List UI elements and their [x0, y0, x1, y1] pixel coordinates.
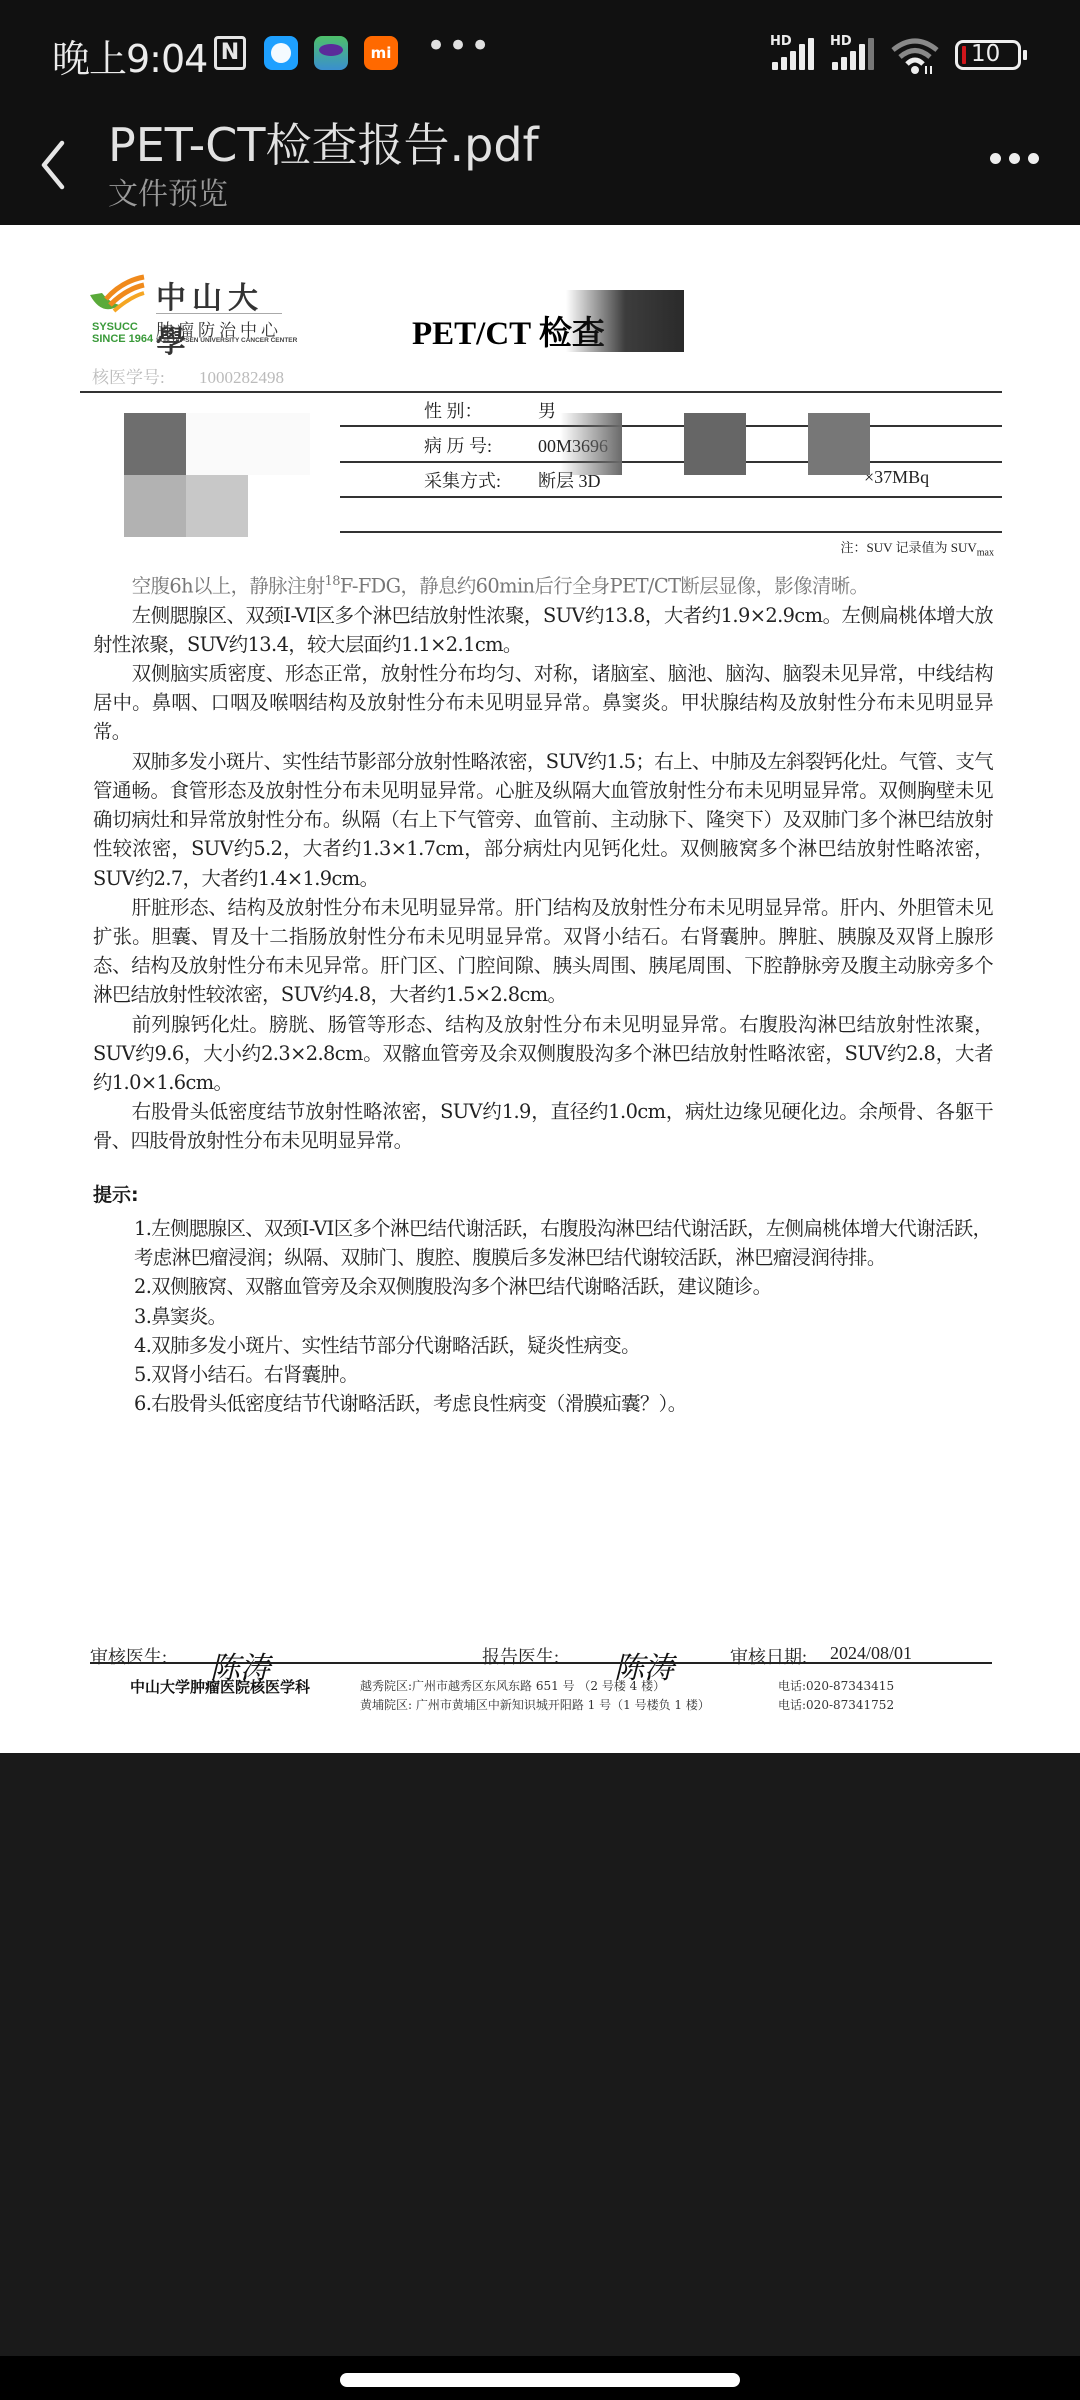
patient-id-row: 核医学号: 1000282498 [92, 363, 284, 388]
finding-paragraph: 空腹6h以上，静脉注射18F-FDG，静息约60min后行全身PET/CT断层显… [93, 567, 993, 601]
tip-item: 6.右股骨头低密度结节代谢略活跃，考虑良性病变（滑膜疝囊？）。 [134, 1389, 996, 1418]
tips-list: 1.左侧腮腺区、双颈I-VI区多个淋巴结代谢活跃，右腹股沟淋巴结代谢活跃，左侧扁… [134, 1214, 996, 1418]
nfc-icon: N [214, 36, 246, 70]
footer-org: 中山大学肿瘤医院核医学科 [130, 1676, 310, 1697]
footer-divider [90, 1662, 992, 1664]
file-title: PET-CT检查报告.pdf [108, 109, 539, 175]
finding-paragraph: 左侧腮腺区、双颈I-VI区多个淋巴结放射性浓聚，SUV约13.8，大者约1.9×… [93, 601, 993, 659]
reporter-label: 报告医生: [482, 1643, 559, 1669]
mosaic-redaction [808, 413, 870, 475]
finding-paragraph: 右股骨头低密度结节放射性略浓密，SUV约1.9，直径约1.0cm，病灶边缘见硬化… [93, 1097, 993, 1155]
reviewer-label: 审核医生: [90, 1643, 167, 1669]
footer-phone-1: 电话:020-87343415 [778, 1677, 894, 1694]
finding-paragraph: 肝脏形态、结构及放射性分布未见明显异常。肝门结构及放射性分布未见明显异常。肝内、… [93, 893, 993, 1010]
field-gender: 性 别：男 [424, 397, 556, 423]
review-date: 2024/08/01 [830, 1643, 912, 1664]
app-bar: PET-CT检查报告.pdf 文件预览 [0, 105, 1080, 225]
more-options-button[interactable] [990, 153, 1040, 167]
more-notifications-icon: ••• [426, 26, 492, 66]
finding-paragraph: 双侧脑实质密度、形态正常，放射性分布均匀、对称，诸脑室、脑池、脑沟、脑裂未见异常… [93, 659, 993, 747]
back-button[interactable] [36, 135, 76, 195]
battery-level: 10 [971, 41, 1000, 67]
divider [340, 531, 1002, 533]
suv-note: 注：SUV 记录值为 SUVmax [841, 537, 995, 559]
footer-phone-2: 电话:020-87341752 [778, 1696, 894, 1713]
tips-heading: 提示: [93, 1180, 139, 1207]
dose-value: ×37MBq [864, 467, 929, 488]
status-bar: 晚上9:04 N mi ••• HD HD 10 [0, 0, 1080, 105]
mosaic-redaction [684, 413, 746, 475]
cellular-signal-1-icon: HD [770, 38, 820, 70]
tip-item: 4.双肺多发小斑片、实性结节部分代谢略活跃，疑炎性病变。 [134, 1331, 996, 1360]
mosaic-redaction [186, 413, 310, 475]
home-gesture-handle[interactable] [340, 2373, 740, 2387]
tip-item: 2.双侧腋窝、双髂血管旁及余双侧腹股沟多个淋巴结代谢略活跃，建议随诊。 [134, 1272, 996, 1301]
review-date-label: 审核日期: [730, 1643, 807, 1669]
mosaic-redaction [124, 475, 186, 537]
mosaic-redaction [124, 413, 186, 475]
divider [340, 496, 1002, 498]
mosaic-redaction [186, 475, 248, 537]
airship-game-app-icon [314, 36, 348, 70]
cellular-signal-2-icon: HD [830, 38, 880, 70]
footer-address-2: 黄埔院区: 广州市黄埔区中新知识城开阳路 1 号（1 号楼负 1 楼） [360, 1696, 710, 1713]
clock: 晚上9:04 [52, 28, 207, 83]
file-preview-subtitle: 文件预览 [108, 169, 228, 213]
hospital-logo: SYSUCC SINCE 1964 中山大學 肿瘤防治中心 SUN YAT-SE… [88, 273, 288, 343]
mi-store-app-icon: mi [364, 36, 398, 70]
divider [80, 391, 1002, 393]
patient-id: 1000282498 [199, 368, 284, 387]
tip-item: 1.左侧腮腺区、双颈I-VI区多个淋巴结代谢活跃，右腹股沟淋巴结代谢活跃，左侧扁… [134, 1214, 996, 1272]
blue-circle-app-icon [264, 36, 298, 70]
battery-icon: 10 [955, 40, 1021, 70]
sysucc-logo-icon [88, 273, 146, 319]
footer-address-1: 越秀院区:广州市越秀区东风东路 651 号 （2 号楼 4 楼） [360, 1677, 665, 1694]
redaction-block [566, 290, 684, 352]
tip-item: 3.鼻窦炎。 [134, 1302, 996, 1331]
wifi-icon [890, 36, 940, 76]
tip-item: 5.双肾小结石。右肾囊肿。 [134, 1360, 996, 1389]
divider [340, 461, 1002, 463]
findings-text: 空腹6h以上，静脉注射18F-FDG，静息约60min后行全身PET/CT断层显… [93, 567, 993, 1156]
mosaic-redaction [560, 413, 622, 475]
pdf-page[interactable]: SYSUCC SINCE 1964 中山大學 肿瘤防治中心 SUN YAT-SE… [0, 225, 1080, 1753]
divider [340, 425, 1002, 427]
finding-paragraph: 前列腺钙化灶。膀胱、肠管等形态、结构及放射性分布未见明显异常。右腹股沟淋巴结放射… [93, 1010, 993, 1098]
finding-paragraph: 双肺多发小斑片、实性结节影部分放射性略浓密，SUV约1.5；右上、中肺及左斜裂钙… [93, 747, 993, 893]
